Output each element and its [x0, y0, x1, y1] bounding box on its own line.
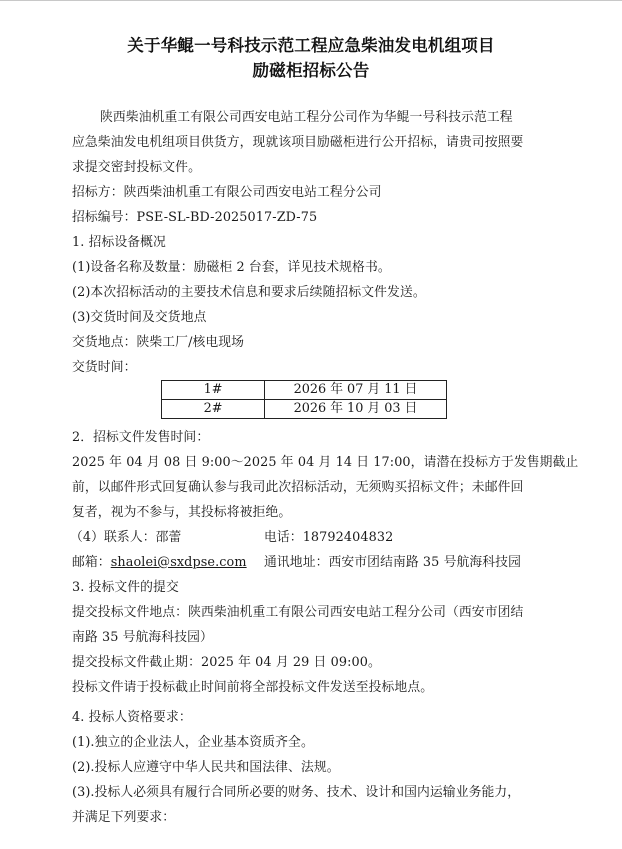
email-label: 邮箱： — [72, 555, 111, 570]
unit-cell: 1# — [162, 381, 265, 400]
section4-line-2: (2).投标人应遵守中华人民共和国法律、法规。 — [72, 760, 340, 776]
tender-number-line: 招标编号：PSE-SL-BD-2025017-ZD-75 — [72, 210, 317, 226]
delivery-schedule-table: 1# 2026 年 07 月 11 日 2# 2026 年 10 月 03 日 — [161, 380, 447, 419]
section1-heading: 1. 招标设备概况 — [72, 235, 166, 251]
section4-line-3: (3).投标人必须具有履行合同所必要的财务、技术、设计和国内运输业务能力， — [72, 785, 520, 801]
section3-line-4: 投标文件请于投标截止时间前将全部投标文件发送至投标地点。 — [72, 680, 433, 696]
intro-line-1: 陕西柴油机重工有限公司西安电站工程分公司作为华鲲一号科技示范工程 — [100, 110, 513, 126]
section4-line-1: (1).独立的企业法人，企业基本资质齐全。 — [72, 735, 314, 751]
delivery-place: 交货地点：陕柴工厂/核电现场 — [72, 335, 244, 351]
contact-person: （4）联系人：邵蕾 — [70, 530, 181, 546]
section4-line-4: 并满足下列要求： — [72, 810, 175, 826]
section4-heading: 4. 投标人资格要求： — [72, 710, 192, 726]
section1-item1: (1)设备名称及数量：励磁柜 2 台套，详见技术规格书。 — [72, 260, 391, 276]
table-row: 1# 2026 年 07 月 11 日 — [162, 381, 447, 400]
section2-heading: 2．招标文件发售时间： — [72, 430, 209, 446]
section1-item2: (2)本次招标活动的主要技术信息和要求后续随招标文件发送。 — [72, 285, 426, 301]
intro-line-2: 应急柴油发电机组项目供货方，现就该项目励磁柜进行公开招标，请贵司按照要 — [72, 135, 523, 151]
document-title-line2: 励磁柜招标公告 — [0, 57, 622, 81]
section2-line-1: 2025 年 04 月 08 日 9:00～2025 年 04 月 14 日 1… — [72, 455, 578, 471]
email-line: 邮箱：shaolei@sxdpse.com — [72, 555, 247, 571]
date-cell: 2026 年 10 月 03 日 — [265, 400, 447, 419]
tenderer-line: 招标方：陕西柴油机重工有限公司西安电站工程分公司 — [72, 185, 382, 201]
mailing-address: 通讯地址：西安市团结南路 35 号航海科技园 — [264, 555, 521, 571]
section3-heading: 3. 投标文件的提交 — [72, 580, 179, 596]
email-link[interactable]: shaolei@sxdpse.com — [111, 555, 247, 570]
section3-line-2: 南路 35 号航海科技园） — [72, 630, 213, 646]
section3-line-1: 提交投标文件地点：陕西柴油机重工有限公司西安电站工程分公司（西安市团结 — [72, 605, 523, 621]
contact-phone: 电话：18792404832 — [264, 530, 393, 546]
section2-line-2: 前，以邮件形式回复确认参与我司此次招标活动，无须购买招标文件；未邮件回 — [72, 480, 523, 496]
date-cell: 2026 年 07 月 11 日 — [265, 381, 447, 400]
unit-cell: 2# — [162, 400, 265, 419]
table-row: 2# 2026 年 10 月 03 日 — [162, 400, 447, 419]
section3-line-3: 提交投标文件截止期：2025 年 04 月 29 日 09:00。 — [72, 655, 381, 671]
delivery-time-label: 交货时间： — [72, 360, 136, 376]
document-title-line1: 关于华鲲一号科技示范工程应急柴油发电机组项目 — [0, 32, 622, 56]
section1-item3: (3)交货时间及交货地点 — [72, 310, 207, 326]
section2-line-3: 复者，视为不参与，其投标将被拒绝。 — [72, 505, 291, 521]
page-top-border — [0, 0, 622, 1]
intro-line-3: 求提交密封投标文件。 — [72, 160, 201, 176]
